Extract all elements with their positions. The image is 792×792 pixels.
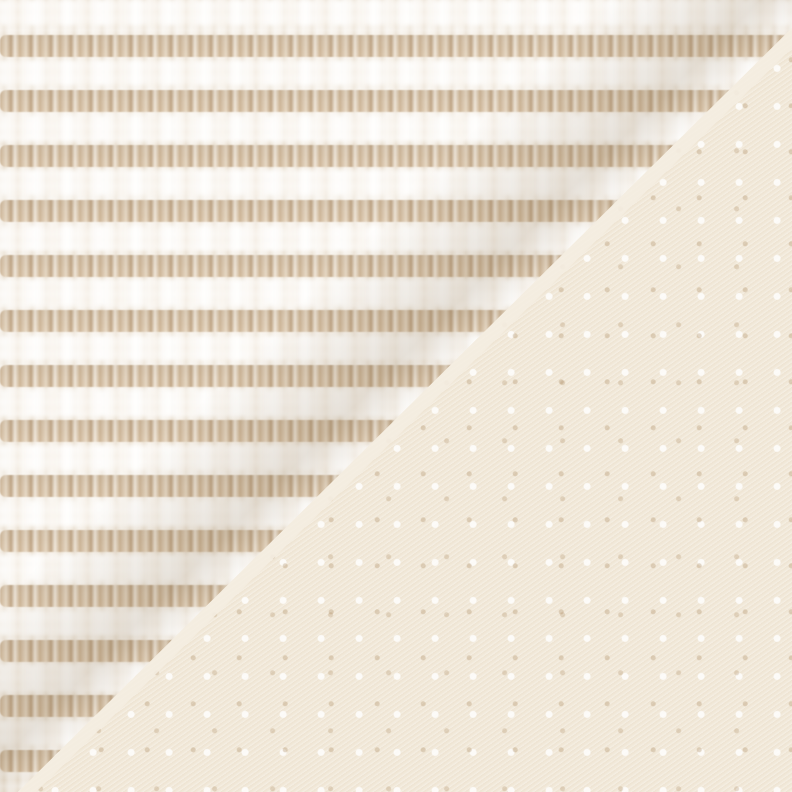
fluffy-row (0, 0, 792, 26)
fluffy-row (0, 115, 792, 141)
beige-stripe (0, 35, 792, 57)
fluffy-row (0, 60, 792, 86)
beige-stripe (0, 90, 792, 112)
fabric-photo (0, 0, 792, 792)
